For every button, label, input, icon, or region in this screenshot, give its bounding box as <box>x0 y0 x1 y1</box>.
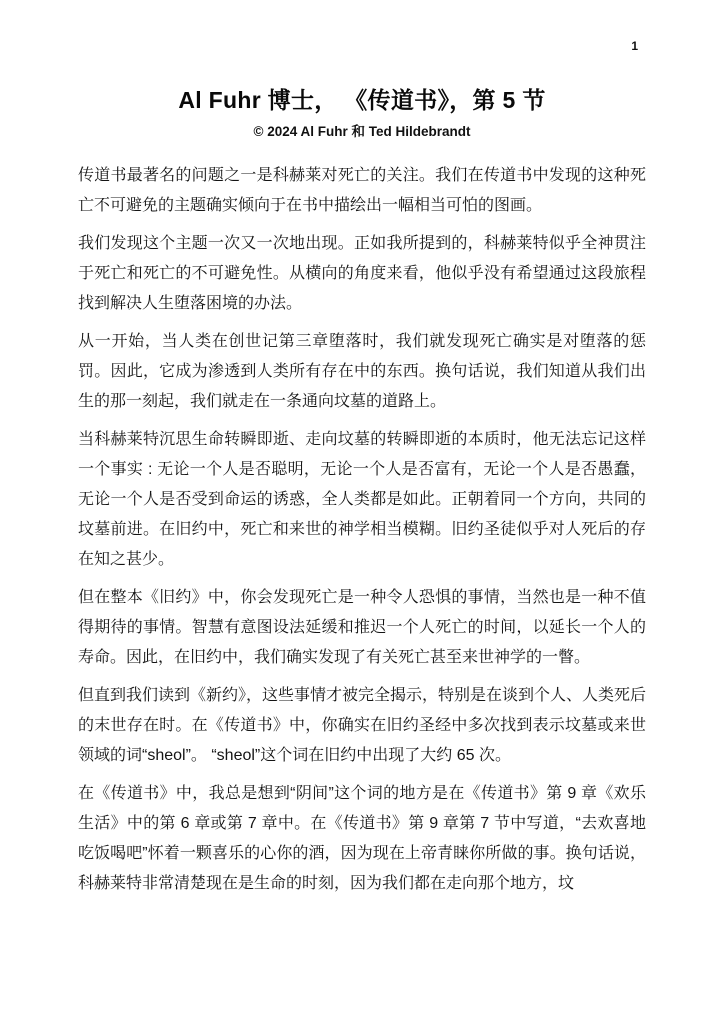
paragraph: 但在整本《旧约》中，你会发现死亡是一种令人恐惧的事情，当然也是一种不值得期待的事… <box>78 583 646 673</box>
paragraph: 传道书最著名的问题之一是科赫莱对死亡的关注。我们在传道书中发现的这种死亡不可避免… <box>78 161 646 221</box>
page-number: 1 <box>631 39 638 53</box>
paragraph: 我们发现这个主题一次又一次地出现。正如我所提到的，科赫莱特似乎全神贯注于死亡和死… <box>78 229 646 319</box>
copyright-line: © 2024 Al Fuhr 和 Ted Hildebrandt <box>0 120 724 140</box>
paragraph: 当科赫莱特沉思生命转瞬即逝、走向坟墓的转瞬即逝的本质时，他无法忘记这样一个事实 … <box>78 425 646 575</box>
paragraph: 但直到我们读到《新约》，这些事情才被完全揭示，特别是在谈到个人、人类死后的末世存… <box>78 681 646 771</box>
paragraph: 在《传道书》中，我总是想到“阴间”这个词的地方是在《传道书》第 9 章《欢乐生活… <box>78 779 646 899</box>
document-page: 1 Al Fuhr 博士， 《传道书》，第 5 节 © 2024 Al Fuhr… <box>0 0 724 1024</box>
paragraph: 从一开始，当人类在创世记第三章堕落时，我们就发现死亡确实是对堕落的惩罚。因此，它… <box>78 327 646 417</box>
doc-title: Al Fuhr 博士， 《传道书》，第 5 节 <box>0 0 724 115</box>
body-paragraphs: 传道书最著名的问题之一是科赫莱对死亡的关注。我们在传道书中发现的这种死亡不可避免… <box>78 161 646 899</box>
